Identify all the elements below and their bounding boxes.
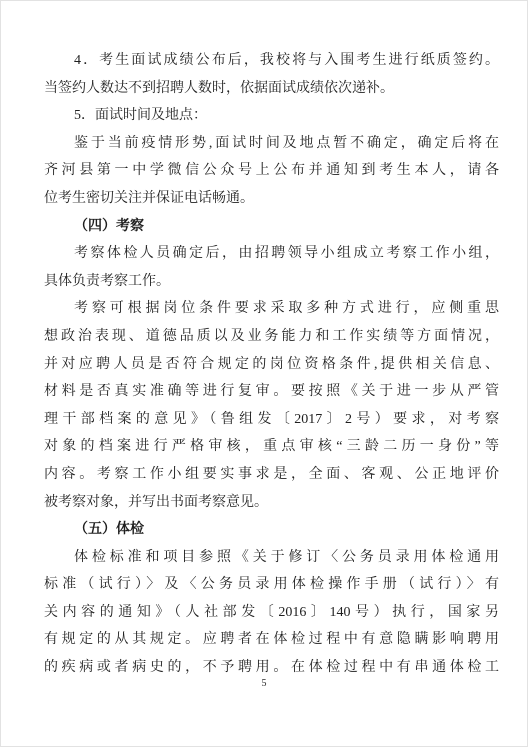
body-line: 4．考生面试成绩公布后，我校将与入围考生进行纸质签约。 (44, 47, 499, 75)
body-line: 并对应聘人员是否符合规定的岗位资格条件,提供相关信息、 (44, 351, 499, 379)
body-line: 内容。考察工作小组要实事求是，全面、客观、公正地评价 (44, 461, 499, 489)
body-line: 5．面试时间及地点： (44, 102, 499, 130)
body-line: 想政治表现、道德品质以及业务能力和工作实绩等方面情况， (44, 323, 499, 351)
document-page: 4．考生面试成绩公布后，我校将与入围考生进行纸质签约。 当签约人数达不到招聘人数… (0, 0, 528, 747)
body-line: 对象的档案进行严格审核，重点审核“三龄二历一身份”等 (44, 433, 499, 461)
body-line: 齐河县第一中学微信公众号上公布并通知到考生本人，请各 (44, 157, 499, 185)
body-line: 体检标准和项目参照《关于修订〈公务员录用体检通用 (44, 544, 499, 572)
body-line: 当签约人数达不到招聘人数时，依据面试成绩依次递补。 (44, 75, 499, 103)
body-line: 位考生密切关注并保证电话畅通。 (44, 185, 499, 213)
body-line: 关内容的通知》（人社部发〔2016〕140号）执行，国家另 (44, 599, 499, 627)
body-line: 被考察对象，并写出书面考察意见。 (44, 489, 499, 517)
section-heading-tijian: （五）体检 (44, 516, 499, 544)
body-line: 标准（试行）〉及〈公务员录用体检操作手册（试行）〉有 (44, 571, 499, 599)
document-body: 4．考生面试成绩公布后，我校将与入围考生进行纸质签约。 当签约人数达不到招聘人数… (44, 47, 499, 682)
body-line: 考察体检人员确定后，由招聘领导小组成立考察工作小组， (44, 240, 499, 268)
body-line: 鉴于当前疫情形势,面试时间及地点暂不确定，确定后将在 (44, 130, 499, 158)
body-line: 具体负责考察工作。 (44, 268, 499, 296)
body-line: 材料是否真实准确等进行复审。要按照《关于进一步从严管 (44, 378, 499, 406)
page-number: 5 (1, 677, 527, 691)
body-line: 考察可根据岗位条件要求采取多种方式进行，应侧重思 (44, 295, 499, 323)
body-line: 理干部档案的意见》（鲁组发〔2017〕2号）要求，对考察 (44, 406, 499, 434)
body-line: 有规定的从其规定。应聘者在体检过程中有意隐瞒影响聘用 (44, 626, 499, 654)
section-heading-kaocha: （四）考察 (44, 213, 499, 241)
